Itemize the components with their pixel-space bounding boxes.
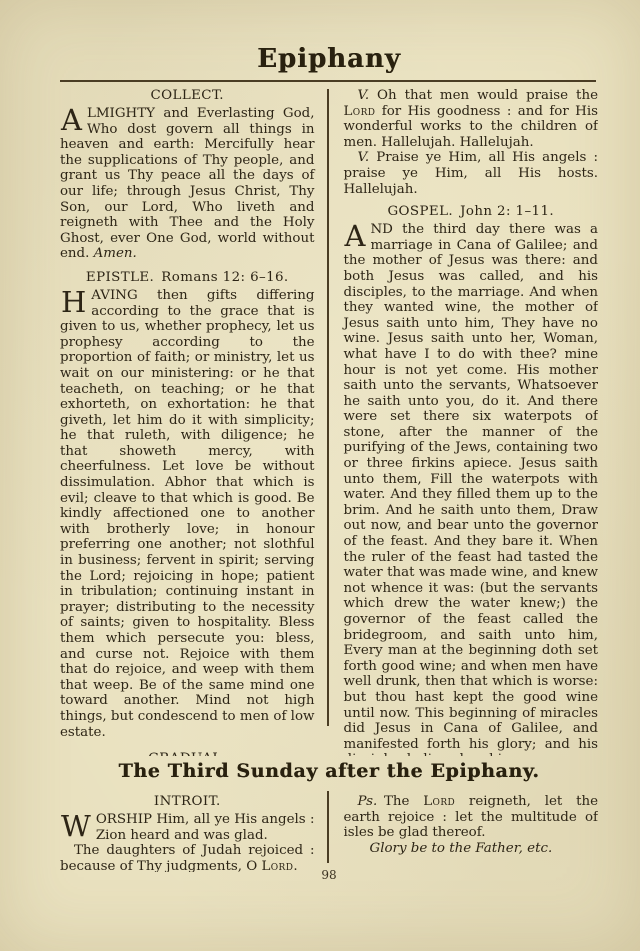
- introit-heading: INTROIT.: [60, 794, 315, 810]
- gospel-heading: GOSPEL. John 2: 1–11.: [344, 204, 599, 220]
- italic-text: Ps.: [358, 794, 378, 809]
- gospel-text: AND the third day there was a marriage i…: [344, 222, 599, 756]
- psalm-text: Ps. The Lord reigneth, let the earth rej…: [344, 794, 599, 841]
- text-run: for His goodness : and for His wonderful…: [344, 104, 599, 150]
- epistle-text: HAVING then gifts differing according to…: [60, 288, 315, 740]
- page-number: 98: [60, 868, 598, 882]
- versicle-2-text: V. Praise ye Him, all His angels : prais…: [344, 150, 599, 197]
- text-run: ORSHIP Him, all ye His angels : Zion hea…: [96, 812, 315, 843]
- bottom-columns: INTROIT. WORSHIP Him, all ye His angels …: [60, 794, 598, 872]
- italic-text: Glory be to the Father, etc.: [370, 841, 553, 856]
- gloria-text: Glory be to the Father, etc.: [344, 841, 599, 857]
- text-run: The: [377, 794, 423, 809]
- introit-text-1: WORSHIP Him, all ye His angels : Zion he…: [60, 812, 315, 843]
- gradual-heading: GRADUAL.: [60, 751, 315, 756]
- smallcaps-text: Lord: [344, 104, 376, 119]
- page-title: Epiphany: [60, 44, 598, 74]
- epistle-heading: EPISTLE. Romans 12: 6–16.: [60, 270, 315, 286]
- smallcaps-text: Lord: [423, 794, 455, 809]
- dropcap-text: A: [60, 106, 87, 133]
- bottom-right-column: Ps. The Lord reigneth, let the earth rej…: [344, 794, 599, 872]
- right-column: V. Oh that men would praise the Lord for…: [344, 88, 599, 756]
- text-run: Praise ye Him, all His angels : praise y…: [344, 150, 599, 196]
- dropcap-text: H: [60, 288, 91, 315]
- text-run: LMIGHTY and Everlasting God, Who dost go…: [60, 106, 315, 261]
- italic-text: V.: [358, 150, 370, 165]
- italic-text: Amen.: [94, 246, 137, 261]
- dropcap-text: W: [60, 812, 96, 839]
- dropcap-text: A: [344, 222, 371, 249]
- collect-text: ALMIGHTY and Everlasting God, Who dost g…: [60, 106, 315, 262]
- text-run: ND the third day there was a marriage in…: [344, 222, 599, 756]
- italic-text: V.: [358, 88, 370, 103]
- collect-heading: COLLECT.: [60, 88, 315, 104]
- versicle-1-text: V. Oh that men would praise the Lord for…: [344, 88, 599, 150]
- scanned-book-page: Epiphany COLLECT. ALMIGHTY and Everlasti…: [0, 0, 640, 951]
- main-columns: COLLECT. ALMIGHTY and Everlasting God, W…: [60, 88, 598, 756]
- bottom-left-column: INTROIT. WORSHIP Him, all ye His angels …: [60, 794, 315, 872]
- left-column: COLLECT. ALMIGHTY and Everlasting God, W…: [60, 88, 315, 756]
- text-run: AVING then gifts differing according to …: [60, 288, 315, 740]
- third-sunday-heading: The Third Sunday after the Epiphany.: [60, 759, 598, 783]
- text-run: Oh that men would praise the: [369, 88, 598, 103]
- header-rule: [60, 80, 596, 82]
